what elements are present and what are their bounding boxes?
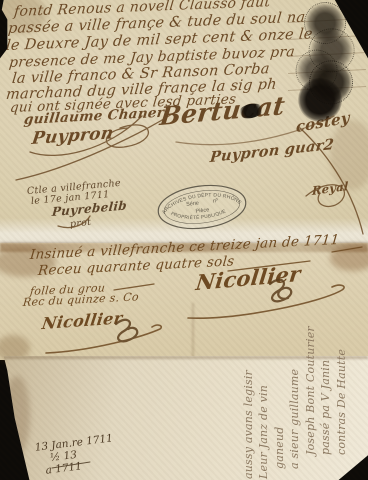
manuscript-scan: fontd Renous a novell Clausso faut passé… bbox=[0, 0, 368, 480]
signature-puypron: Puypron bbox=[31, 123, 115, 149]
signature-reyal: Reyal bbox=[312, 179, 349, 198]
paper-stain bbox=[4, 376, 30, 456]
verso-line: a sieur guillaume bbox=[287, 359, 303, 469]
tax-stamp-blob-icon bbox=[291, 1, 357, 126]
verso-line: aussy avans legisir bbox=[241, 359, 257, 479]
stamp-numero-label: nº bbox=[212, 197, 218, 205]
verso-line: contras De Hautte bbox=[334, 359, 350, 455]
paper-stain bbox=[330, 245, 368, 271]
signature-puypron-guar: Puypron guar2 bbox=[209, 136, 335, 166]
control-note-line: prot bbox=[69, 217, 91, 230]
crease-line bbox=[192, 303, 194, 360]
verso-note-rotated: contras De Hautte passé pa V Janin Josep… bbox=[233, 359, 349, 480]
verso-line: passé pa V Janin bbox=[318, 359, 334, 455]
verso-line: Joseph Bont Couturier bbox=[303, 359, 319, 455]
verso-line: Leur Janz de vin bbox=[256, 359, 272, 479]
verso-line: ganeud bbox=[272, 359, 288, 469]
